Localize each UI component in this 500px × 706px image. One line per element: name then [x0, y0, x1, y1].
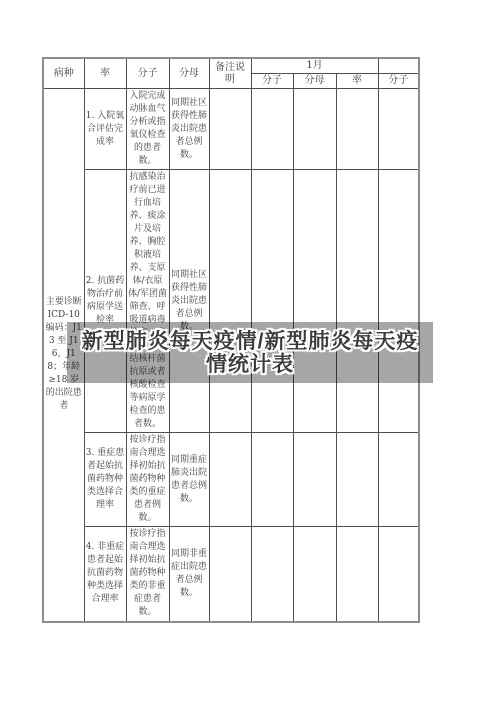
- cell-extra-3: [378, 433, 419, 527]
- header-remarks: 备注说明: [209, 58, 251, 89]
- cell-remarks-2: [209, 170, 251, 433]
- cell-numerator-1: 入院完成动脉血气分析或指氧仪检查的患者数。: [126, 89, 169, 170]
- cell-denominator-2: 同期社区获得性肺炎出院患者总例数。: [169, 170, 209, 433]
- header-jan-rate: 率: [336, 74, 378, 89]
- table-row: 4. 非重症患者起始抗菌药物种类选择合理率 按诊疗指南合理选择初始抗菌药物种类的…: [43, 527, 419, 622]
- cell-rate-4: 4. 非重症患者起始抗菌药物种类选择合理率: [84, 527, 126, 622]
- header-extra-numerator: 分子: [378, 74, 419, 89]
- header-jan-denominator: 分母: [293, 74, 336, 89]
- header-month-group-jan: 1月: [251, 58, 378, 74]
- cell-jan-rate-1: [336, 89, 378, 170]
- header-denominator: 分母: [169, 58, 209, 89]
- table-row: 2. 抗菌药物治疗前病原学送检率 抗感染治疗前已进行血培养、痰涂片及培养、胸腔积…: [43, 170, 419, 433]
- cell-jan-rate-4: [336, 527, 378, 622]
- cell-jan-denominator-3: [293, 433, 336, 527]
- cell-remarks-4: [209, 527, 251, 622]
- cell-jan-denominator-2: [293, 170, 336, 433]
- header-rate: 率: [84, 58, 126, 89]
- cell-numerator-2: 抗感染治疗前已进行血培养、痰涂片及培养、胸腔积液培养、支原体/衣原体/军团菌筛查…: [126, 170, 169, 433]
- cell-jan-denominator-4: [293, 527, 336, 622]
- cell-jan-numerator-3: [251, 433, 293, 527]
- header-numerator: 分子: [126, 58, 169, 89]
- table-row: 主要诊断 ICD-10 编码：J13 至 J16，J18；年龄≥18 岁的出院患…: [43, 89, 419, 170]
- cell-denominator-3: 同期重症肺炎出院患者总例数。: [169, 433, 209, 527]
- watermark-band: 新型肺炎每天疫情/新型肺炎每天疫 情统计表: [67, 322, 433, 383]
- cell-extra-2: [378, 170, 419, 433]
- cell-rate-2: 2. 抗菌药物治疗前病原学送检率: [84, 170, 126, 433]
- cell-jan-numerator-1: [251, 89, 293, 170]
- cell-denominator-4: 同期非重症出院患者总例数。: [169, 527, 209, 622]
- cell-extra-4: [378, 527, 419, 622]
- cell-remarks-3: [209, 433, 251, 527]
- cell-remarks-1: [209, 89, 251, 170]
- cell-jan-rate-3: [336, 433, 378, 527]
- watermark-title-line1: 新型肺炎每天疫情/新型肺炎每天疫: [82, 330, 419, 353]
- header-disease: 病种: [43, 58, 84, 89]
- cell-extra-1: [378, 89, 419, 170]
- cell-numerator-3: 按诊疗指南合理选择初始抗菌药物种类的重症患者例数。: [126, 433, 169, 527]
- cell-jan-denominator-1: [293, 89, 336, 170]
- header-jan-numerator: 分子: [251, 74, 293, 89]
- table-row: 3. 重症患者起始抗菌药物种类选择合理率 按诊疗指南合理选择初始抗菌药物种类的重…: [43, 433, 419, 527]
- cell-jan-numerator-2: [251, 170, 293, 433]
- watermark-title-line2: 情统计表: [206, 353, 294, 376]
- cell-jan-rate-2: [336, 170, 378, 433]
- cell-jan-numerator-4: [251, 527, 293, 622]
- cell-rate-3: 3. 重症患者起始抗菌药物种类选择合理率: [84, 433, 126, 527]
- cell-numerator-4: 按诊疗指南合理选择初始抗菌药物种类的非重症患者数。: [126, 527, 169, 622]
- cell-rate-1: 1. 入院氧合评估完成率: [84, 89, 126, 170]
- cell-denominator-1: 同期社区获得性肺炎出院患者总例数。: [169, 89, 209, 170]
- header-next-month-group: [378, 58, 419, 74]
